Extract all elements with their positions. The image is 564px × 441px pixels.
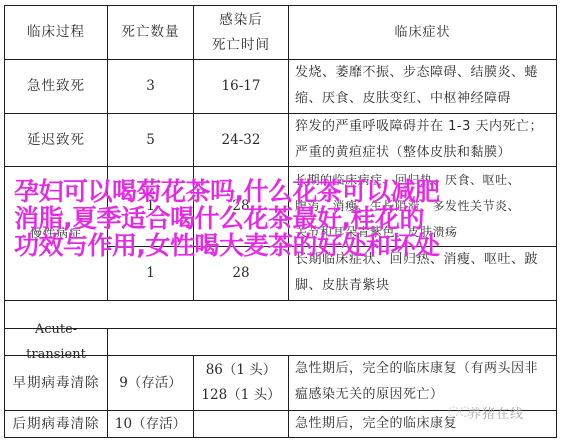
time-line: 86（1 头） (206, 358, 277, 383)
row-time (194, 411, 288, 437)
symptoms-line: 缩、厌食、皮肤变红、中枢神经障碍 (295, 86, 511, 112)
symptoms-line: 瘟感染无关的原因死亡） (295, 382, 444, 408)
symptoms-line: 严重的黄疸症状（整体皮肤和黏膜） (295, 140, 511, 166)
row-symptoms: 猝发的严重呼吸障碍并在 1-3 天内死亡； 严重的黄疸症状（整体皮肤和黏膜） (289, 114, 556, 166)
header-symptoms: 临床症状 (289, 6, 556, 59)
headline-overlay[interactable]: 孕妇可以喝菊花茶吗,什么花茶可以减肥 消脂,夏季适合喝什么花茶最好,桂花的 功效… (14, 178, 559, 259)
symptoms-line: 猝发的严重呼吸障碍并在 1-3 天内死亡； (295, 114, 543, 140)
header-death-count: 死亡数量 (108, 6, 193, 59)
header-death-time-line1: 感染后 (219, 8, 263, 33)
symptoms-line: 急性期后，完全的临床康复（有两头因非 (295, 356, 538, 382)
row-time: 16-17 (194, 60, 288, 113)
symptoms-line: 发烧、萎靡不振、步态障碍、结膜炎、蜷 (295, 60, 538, 86)
row-symptoms: 急性期后，完全的临床康复（有两头因非 瘟感染无关的原因死亡） (289, 356, 556, 410)
row-count: 5 (108, 114, 193, 166)
row-symptoms: 发烧、萎靡不振、步态障碍、结膜炎、蜷 缩、厌食、皮肤变红、中枢神经障碍 (289, 60, 556, 113)
headline-line: 功效与作用,女性喝大麦茶的好处和坏处 (14, 232, 559, 259)
table-border-bottom (4, 437, 557, 438)
row-count: 9（存活） (108, 356, 193, 410)
row-time: 24-32 (194, 114, 288, 166)
symptoms-line: 脚、皮肤青紫块 (295, 273, 390, 299)
header-clinical-course: 临床过程 (5, 6, 107, 59)
headline-line: 消脂,夏季适合喝什么花茶最好,桂花的 (14, 205, 559, 232)
time-line: 128（1 头） (201, 383, 280, 408)
row-count: 10（存活） (108, 411, 193, 437)
row-course: Acute-transient (5, 329, 107, 355)
watermark-text: 养猪在线 (468, 403, 524, 422)
header-death-time-line2: 死亡时间 (212, 33, 270, 58)
headline-line: 孕妇可以喝菊花茶吗,什么花茶可以减肥 (14, 178, 559, 205)
row-course: 早期病毒清除 (5, 356, 107, 410)
row-count: 3 (108, 60, 193, 113)
row-course: 急性致死 (5, 60, 107, 113)
row-course: 后期病毒清除 (5, 411, 107, 437)
row-time: 86（1 头） 128（1 头） (194, 356, 288, 410)
row-course: 延迟致死 (5, 114, 107, 166)
header-death-time: 感染后 死亡时间 (194, 6, 288, 59)
